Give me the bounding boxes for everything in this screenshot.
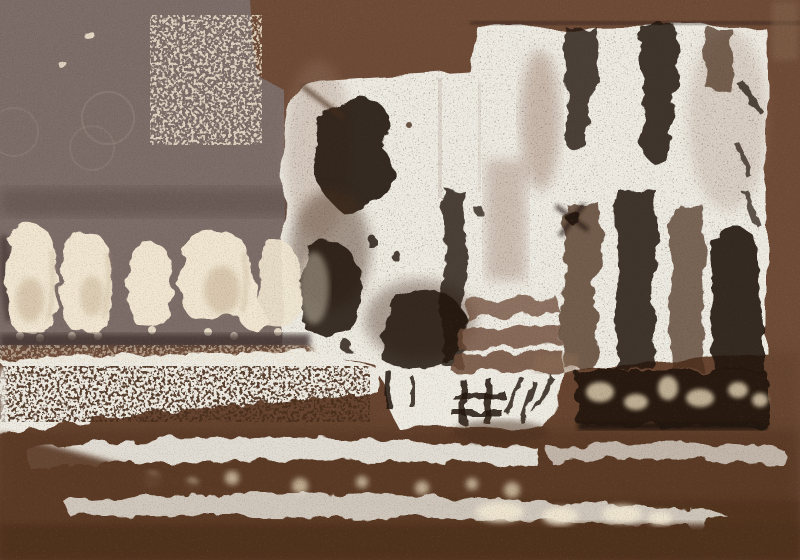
artwork-frame bbox=[0, 0, 800, 560]
artwork-canvas bbox=[0, 0, 800, 560]
global-grain-light bbox=[0, 0, 800, 560]
